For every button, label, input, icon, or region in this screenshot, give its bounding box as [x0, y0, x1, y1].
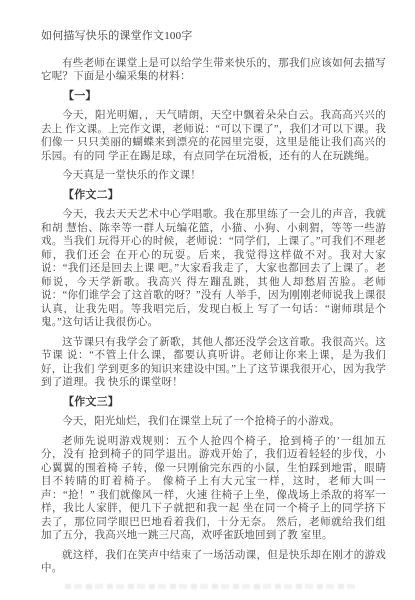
- faint-footer-artifact: [65, 584, 357, 589]
- intro-paragraph: 有些老师在课堂上是可以给学生带来快乐的，那我们应该如何去描写它呢？下面是小编采集…: [41, 57, 386, 84]
- section-3-paragraph-2: 老师先说明游戏规则：五个人抢四个椅子，抢到椅子的’一组加五分，没有 抢到椅子的同…: [41, 435, 386, 543]
- section-1-paragraph-2: 今天真是一堂快乐的作文课！: [41, 169, 386, 183]
- section-3-heading: 【作文三】: [41, 396, 386, 410]
- section-1-paragraph-1: 今天，阳光明媚，，天气晴朗，天空中飘着朵朵白云。我高高兴兴的去上 作文课。上完作…: [41, 109, 386, 163]
- section-3-paragraph-3: 就这样，我们在笑声中结束了一场活动课，但是快乐却在刚才的游戏中。: [41, 549, 386, 576]
- document-title: 如何描写快乐的课堂作文100字: [41, 30, 386, 44]
- section-1-heading: 【一】: [41, 90, 386, 104]
- document-page: 如何描写快乐的课堂作文100字 有些老师在课堂上是可以给学生带来快乐的，那我们应…: [0, 0, 415, 600]
- section-2-paragraph-2: 这节课只有我学会了新歌，其他人都还没学会这首歌。我很高兴。这节课 说：“不管上什…: [41, 336, 386, 390]
- section-2-paragraph-1: 今天，我去天天艺术中心学唱歌。我在那里练了一会儿的声音，我就和胡 慧怡、陈幸等一…: [41, 208, 386, 330]
- section-3-paragraph-1: 今天，阳光灿烂，我们在课堂上玩了一个抢椅子的小游戏。: [41, 415, 386, 429]
- section-2-heading: 【作文二】: [41, 189, 386, 203]
